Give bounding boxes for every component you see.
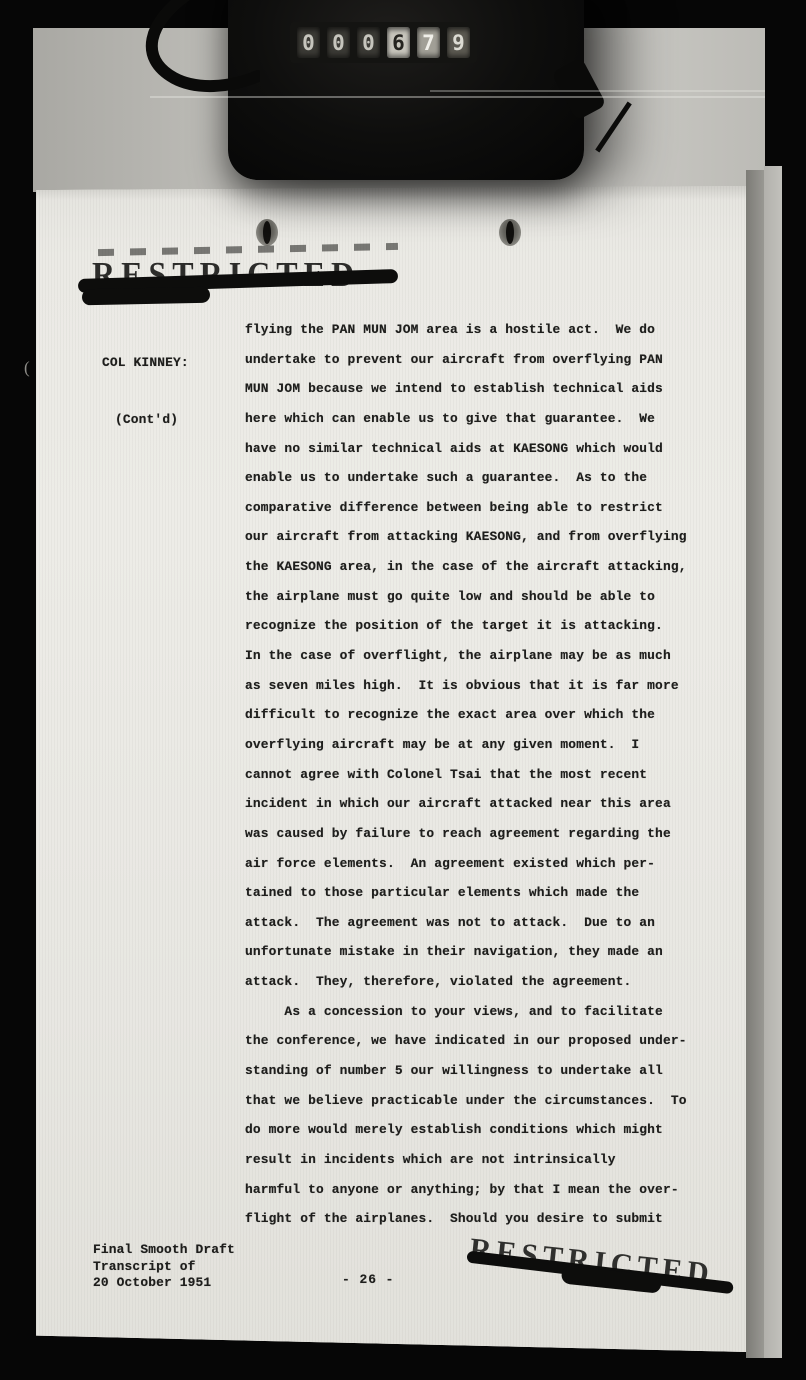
- typed-line: unfortunate mistake in their navigation,…: [245, 937, 687, 967]
- speaker-continued: (Cont'd): [102, 410, 189, 429]
- typed-line: do more would merely establish condition…: [245, 1115, 687, 1145]
- counter-digit: 0: [297, 27, 320, 58]
- counter-cable: [130, 0, 260, 107]
- typed-line: overflying aircraft may be at any given …: [245, 730, 687, 760]
- typed-line: enable us to undertake such a guarantee.…: [245, 463, 687, 493]
- counter-digit: 0: [357, 27, 380, 58]
- film-scratch: [430, 90, 765, 92]
- typed-line: As a concession to your views, and to fa…: [245, 997, 687, 1027]
- typed-line: flight of the airplanes. Should you desi…: [245, 1204, 687, 1234]
- typed-line: the airplane must go quite low and shoul…: [245, 582, 687, 612]
- marker-strike: [82, 287, 210, 306]
- typed-line: cannot agree with Colonel Tsai that the …: [245, 760, 687, 790]
- footer-line: Transcript of: [93, 1259, 235, 1276]
- under-sheet-edge: [764, 166, 782, 1358]
- counter-digit: 9: [447, 27, 470, 58]
- typed-line: difficult to recognize the exact area ov…: [245, 700, 687, 730]
- handwritten-margin-mark: (: [24, 358, 30, 378]
- typed-line: air force elements. An agreement existed…: [245, 849, 687, 879]
- restricted-stamp-bottom: RESTRICTED: [464, 1228, 769, 1319]
- typed-line: In the case of overflight, the airplane …: [245, 641, 687, 671]
- typed-line: recognize the position of the target it …: [245, 611, 687, 641]
- footer-source-note: Final Smooth DraftTranscript of20 Octobe…: [93, 1242, 235, 1292]
- typed-line: was caused by failure to reach agreement…: [245, 819, 687, 849]
- typed-line: harmful to anyone or anything; by that I…: [245, 1175, 687, 1205]
- typed-line: attack. The agreement was not to attack.…: [245, 908, 687, 938]
- document-page: RESTRICTED COL KINNEY: (Cont'd) flying t…: [36, 186, 746, 1352]
- typed-line: standing of number 5 our willingness to …: [245, 1056, 687, 1086]
- counter-digit: 6: [387, 27, 410, 58]
- typed-line: flying the PAN MUN JOM area is a hostile…: [245, 315, 687, 345]
- typed-line: comparative difference between being abl…: [245, 493, 687, 523]
- typed-line: here which can enable us to give that gu…: [245, 404, 687, 434]
- speaker-name: COL KINNEY:: [102, 353, 189, 372]
- fastener-hole: [499, 219, 521, 246]
- typed-line: tained to those particular elements whic…: [245, 878, 687, 908]
- counter-digit: 0: [327, 27, 350, 58]
- counter-digit-window: 000679: [290, 22, 477, 63]
- typed-line: the conference, we have indicated in our…: [245, 1026, 687, 1056]
- counter-digit: 7: [417, 27, 440, 58]
- speaker-label: COL KINNEY: (Cont'd): [102, 315, 189, 467]
- restricted-stamp-top: RESTRICTED: [86, 248, 416, 310]
- typed-line: MUN JOM because we intend to establish t…: [245, 374, 687, 404]
- typed-line: have no similar technical aids at KAESON…: [245, 434, 687, 464]
- film-scratch: [150, 96, 765, 98]
- typed-line: as seven miles high. It is obvious that …: [245, 671, 687, 701]
- page-number: - 26 -: [342, 1272, 394, 1287]
- typed-line: our aircraft from attacking KAESONG, and…: [245, 522, 687, 552]
- fastener-hole: [256, 219, 278, 246]
- footer-line: Final Smooth Draft: [93, 1242, 235, 1259]
- typed-line: result in incidents which are not intrin…: [245, 1145, 687, 1175]
- typed-line: undertake to prevent our aircraft from o…: [245, 345, 687, 375]
- typed-line: incident in which our aircraft attacked …: [245, 789, 687, 819]
- footer-line: 20 October 1951: [93, 1275, 235, 1292]
- typed-line: attack. They, therefore, violated the ag…: [245, 967, 687, 997]
- page-edge-shadow: [746, 170, 766, 1358]
- microfilm-frame: RESTRICTED COL KINNEY: (Cont'd) flying t…: [0, 0, 806, 1380]
- typed-line: that we believe practicable under the ci…: [245, 1086, 687, 1116]
- typed-line: the KAESONG area, in the case of the air…: [245, 552, 687, 582]
- transcript-text: flying the PAN MUN JOM area is a hostile…: [245, 315, 687, 1234]
